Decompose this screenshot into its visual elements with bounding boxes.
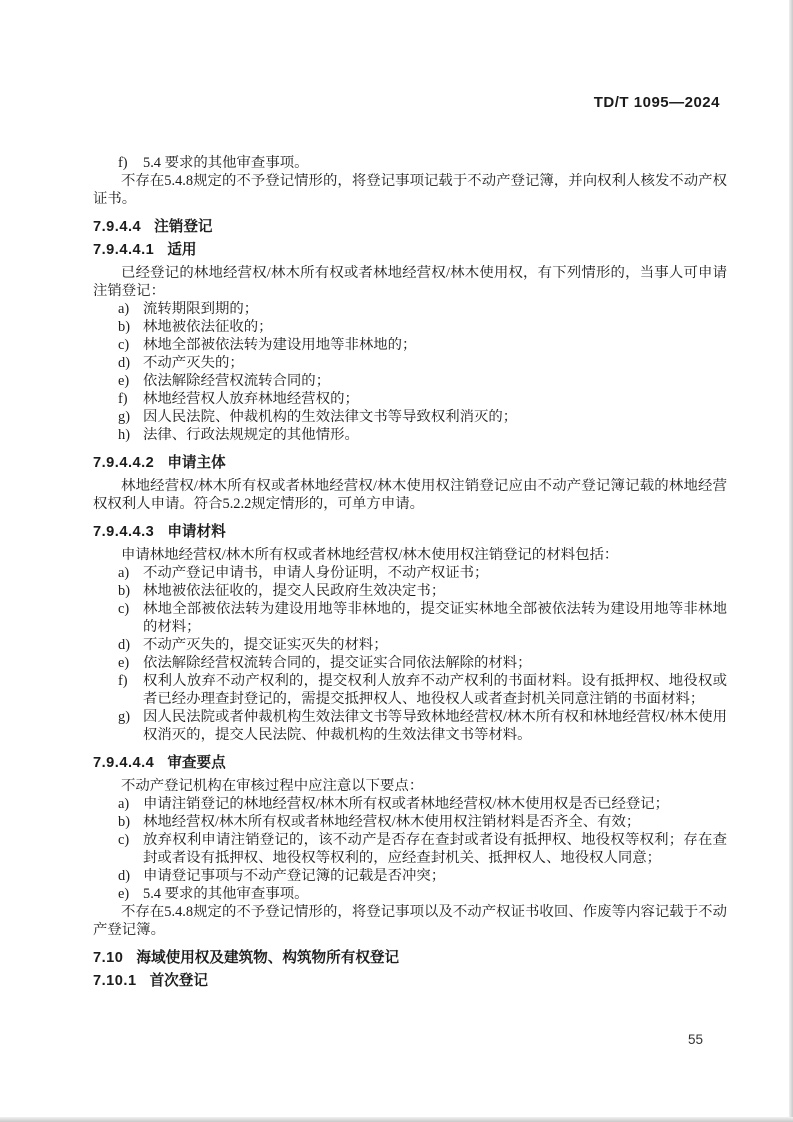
standard-reference-header: TD/T 1095—2024 xyxy=(594,94,720,111)
section-number: 7.9.4.4.4 xyxy=(93,755,154,771)
section-heading: 7.9.4.4注销登记 xyxy=(93,218,727,236)
list-item: c)林地全部被依法转为建设用地等非林地的，提交证实林地全部被依法转为建设用地等非… xyxy=(93,600,727,636)
section-heading: 7.9.4.4.4审查要点 xyxy=(93,754,727,772)
list-item-label: a) xyxy=(118,300,129,318)
list-item: h)法律、行政法规规定的其他情形。 xyxy=(93,426,727,444)
list-item: d)不动产灭失的，提交证实灭失的材料； xyxy=(93,636,727,654)
list-item-text: 林地被依法征收的； xyxy=(143,319,273,335)
section-title: 首次登记 xyxy=(150,973,208,989)
section-number: 7.10.1 xyxy=(93,973,137,989)
list-item: a)不动产登记申请书，申请人身份证明，不动产权证书； xyxy=(93,564,727,582)
list-item-label: a) xyxy=(118,795,129,813)
list-item: c)放弃权利申请注销登记的，该不动产是否存在查封或者设有抵押权、地役权等权利；存… xyxy=(93,831,727,867)
list-item-text: 林地全部被依法转为建设用地等非林地的，提交证实林地全部被依法转为建设用地等非林地… xyxy=(143,601,727,635)
section-heading: 7.9.4.4.1适用 xyxy=(93,241,727,259)
list-item-text: 林地经营权人放弃林地经营权的； xyxy=(143,391,359,407)
section-title: 申请材料 xyxy=(167,524,225,540)
list-item-text: 流转期限到期的； xyxy=(143,301,258,317)
list-item-text: 依法解除经营权流转合同的； xyxy=(143,373,330,389)
list-item-text: 依法解除经营权流转合同的，提交证实合同依法解除的材料； xyxy=(143,655,532,671)
list-item-text: 因人民法院、仲裁机构的生效法律文书等导致权利消灭的； xyxy=(143,409,517,425)
list-item: a)申请注销登记的林地经营权/林木所有权或者林地经营权/林木使用权是否已经登记； xyxy=(93,795,727,813)
document-content: f)5.4 要求的其他审查事项。不存在5.4.8规定的不予登记情形的，将登记事项… xyxy=(93,154,727,995)
list-item-text: 法律、行政法规规定的其他情形。 xyxy=(143,427,359,443)
list-item-text: 申请注销登记的林地经营权/林木所有权或者林地经营权/林木使用权是否已经登记； xyxy=(143,796,669,812)
list-item-label: g) xyxy=(118,708,130,726)
section-heading: 7.10海域使用权及建筑物、构筑物所有权登记 xyxy=(93,949,727,967)
list-item: f)权利人放弃不动产权利的，提交权利人放弃不动产权利的书面材料。设有抵押权、地役… xyxy=(93,672,727,708)
list-item: e)依法解除经营权流转合同的，提交证实合同依法解除的材料； xyxy=(93,654,727,672)
list-item-text: 不动产灭失的，提交证实灭失的材料； xyxy=(143,637,388,653)
list-item-text: 林地全部被依法转为建设用地等非林地的； xyxy=(143,337,416,353)
list-item: d)不动产灭失的； xyxy=(93,354,727,372)
section-heading: 7.10.1首次登记 xyxy=(93,972,727,990)
page-number: 55 xyxy=(688,1032,703,1047)
list-item-label: e) xyxy=(118,372,129,390)
paragraph: 不存在5.4.8规定的不予登记情形的，将登记事项记载于不动产登记簿，并向权利人核… xyxy=(93,172,727,208)
list-item-label: d) xyxy=(118,636,130,654)
page-edge-shadow-right xyxy=(789,0,793,1122)
list-item: f)5.4 要求的其他审查事项。 xyxy=(93,154,727,172)
section-title: 申请主体 xyxy=(167,455,225,471)
list-item-label: b) xyxy=(118,582,130,600)
section-heading: 7.9.4.4.3申请材料 xyxy=(93,523,727,541)
list-item-label: b) xyxy=(118,318,130,336)
list-item: d)申请登记事项与不动产登记簿的记载是否冲突； xyxy=(93,867,727,885)
list-item-label: a) xyxy=(118,564,129,582)
paragraph: 申请林地经营权/林木所有权或者林地经营权/林木使用权注销登记的材料包括： xyxy=(93,546,727,564)
paragraph: 不存在5.4.8规定的不予登记情形的，将登记事项以及不动产权证书收回、作废等内容… xyxy=(93,903,727,939)
list-item-label: b) xyxy=(118,813,130,831)
list-item-label: h) xyxy=(118,426,130,444)
list-item-text: 放弃权利申请注销登记的，该不动产是否存在查封或者设有抵押权、地役权等权利；存在查… xyxy=(143,832,727,866)
list-item-label: f) xyxy=(118,672,128,690)
list-item: b)林地经营权/林木所有权或者林地经营权/林木使用权注销材料是否齐全、有效； xyxy=(93,813,727,831)
document-page: TD/T 1095—2024 f)5.4 要求的其他审查事项。不存在5.4.8规… xyxy=(0,0,793,1122)
list-item-label: f) xyxy=(118,154,128,172)
section-number: 7.9.4.4 xyxy=(93,219,141,235)
list-item: b)林地被依法征收的； xyxy=(93,318,727,336)
list-item-label: d) xyxy=(118,354,130,372)
page-edge-shadow-bottom xyxy=(0,1117,793,1122)
list-item-text: 5.4 要求的其他审查事项。 xyxy=(143,886,309,902)
list-item: e)5.4 要求的其他审查事项。 xyxy=(93,885,727,903)
list-item-text: 因人民法院或者仲裁机构生效法律文书等导致林地经营权/林木所有权和林地经营权/林木… xyxy=(143,709,727,743)
list-item-label: g) xyxy=(118,408,130,426)
section-number: 7.10 xyxy=(93,950,123,966)
list-item: c)林地全部被依法转为建设用地等非林地的； xyxy=(93,336,727,354)
list-item-label: c) xyxy=(118,831,129,849)
list-item-label: e) xyxy=(118,654,129,672)
list-item-label: e) xyxy=(118,885,129,903)
section-title: 审查要点 xyxy=(167,755,225,771)
section-number: 7.9.4.4.2 xyxy=(93,455,154,471)
section-number: 7.9.4.4.1 xyxy=(93,242,154,258)
list-item: a)流转期限到期的； xyxy=(93,300,727,318)
paragraph: 已经登记的林地经营权/林木所有权或者林地经营权/林木使用权，有下列情形的，当事人… xyxy=(93,264,727,300)
list-item: f)林地经营权人放弃林地经营权的； xyxy=(93,390,727,408)
list-item-text: 5.4 要求的其他审查事项。 xyxy=(143,155,309,171)
list-item-text: 林地被依法征收的，提交人民政府生效决定书； xyxy=(143,583,445,599)
list-item-text: 不动产灭失的； xyxy=(143,355,244,371)
list-item-text: 申请登记事项与不动产登记簿的记载是否冲突； xyxy=(143,868,445,884)
list-item-text: 权利人放弃不动产权利的，提交权利人放弃不动产权利的书面材料。设有抵押权、地役权或… xyxy=(143,673,727,707)
list-item-text: 林地经营权/林木所有权或者林地经营权/林木使用权注销材料是否齐全、有效； xyxy=(143,814,640,830)
section-title: 海域使用权及建筑物、构筑物所有权登记 xyxy=(136,950,399,966)
list-item: g)因人民法院、仲裁机构的生效法律文书等导致权利消灭的； xyxy=(93,408,727,426)
list-item-text: 不动产登记申请书，申请人身份证明，不动产权证书； xyxy=(143,565,488,581)
list-item-label: c) xyxy=(118,336,129,354)
section-title: 注销登记 xyxy=(154,219,212,235)
paragraph: 林地经营权/林木所有权或者林地经营权/林木使用权注销登记应由不动产登记簿记载的林… xyxy=(93,477,727,513)
section-number: 7.9.4.4.3 xyxy=(93,524,154,540)
list-item-label: d) xyxy=(118,867,130,885)
list-item-label: c) xyxy=(118,600,129,618)
list-item: g)因人民法院或者仲裁机构生效法律文书等导致林地经营权/林木所有权和林地经营权/… xyxy=(93,708,727,744)
section-heading: 7.9.4.4.2申请主体 xyxy=(93,454,727,472)
list-item-label: f) xyxy=(118,390,128,408)
list-item: e)依法解除经营权流转合同的； xyxy=(93,372,727,390)
section-title: 适用 xyxy=(167,242,196,258)
list-item: b)林地被依法征收的，提交人民政府生效决定书； xyxy=(93,582,727,600)
paragraph: 不动产登记机构在审核过程中应注意以下要点： xyxy=(93,777,727,795)
